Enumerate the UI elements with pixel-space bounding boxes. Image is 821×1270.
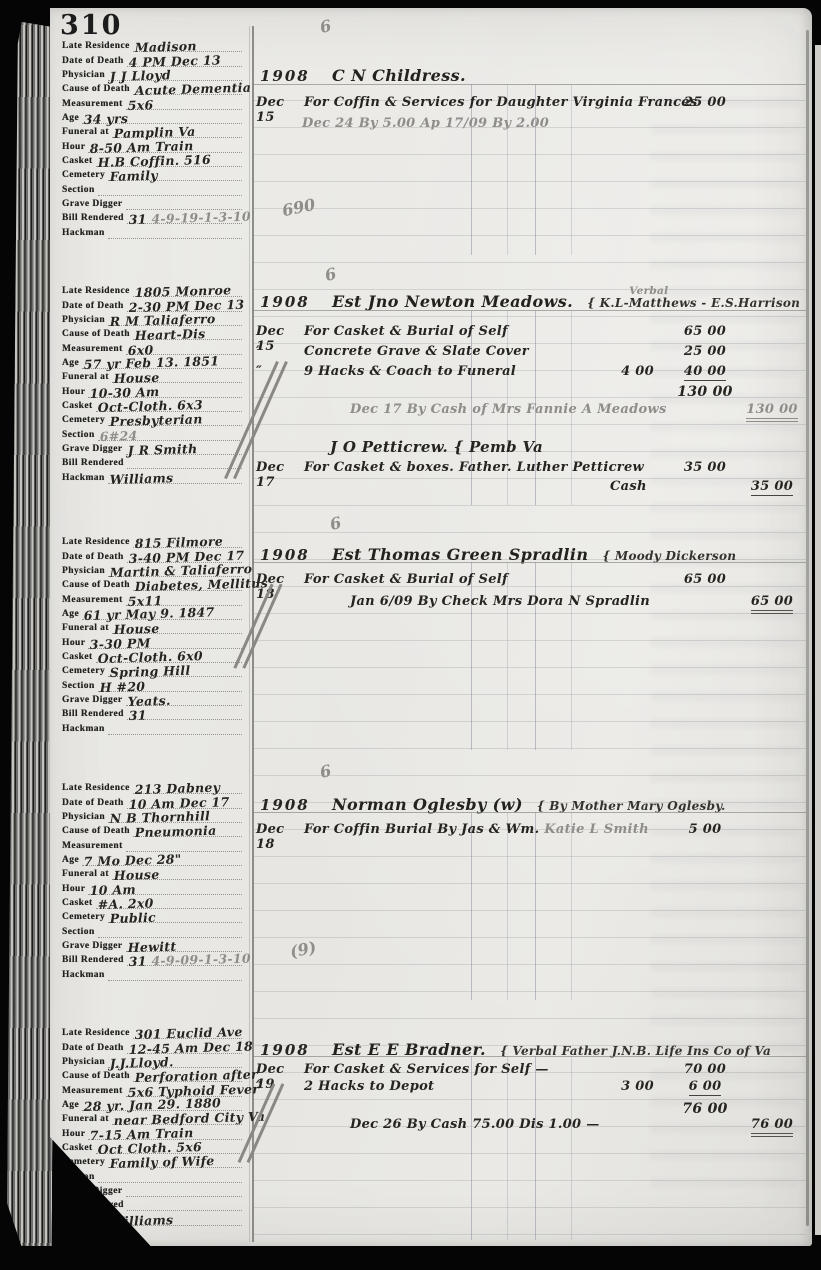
ledger-line: 130 00 <box>252 384 808 404</box>
field-row: Bill Rendered31 <box>62 706 242 720</box>
ledger-line: Dec 18For Casket & Burial of Self65 00 <box>252 572 808 592</box>
field-row: CasketOct Cloth. 5x6 <box>62 1140 242 1154</box>
field-row: Bill Rendered31 4-9-19-1-3-10 <box>62 210 242 224</box>
field-value: Williams <box>109 470 173 487</box>
ledger-header-rule <box>252 310 806 311</box>
field-dotted-line: 5x6 Typhoid Fever <box>126 1081 242 1096</box>
field-label: Cause of Death <box>62 580 130 591</box>
ledger-credit-amount: 130 00 <box>740 402 804 417</box>
field-dotted-line: Family of Wife <box>108 1153 242 1168</box>
field-row: Late Residence815 Filmore <box>62 534 242 548</box>
ledger-description: 2 Hacks to Depot <box>304 1079 434 1094</box>
field-dotted-line: 4 PM Dec 13 <box>127 51 242 66</box>
ledger-description: Dec 26 By Cash 75.00 Dis 1.00 — <box>350 1117 600 1132</box>
field-label: Physician <box>62 1057 105 1068</box>
field-row: PhysicianJ J Lloyd <box>62 67 242 81</box>
ledger-description-text: For Coffin & Services for Daughter Virgi… <box>304 95 698 110</box>
field-row: Grave DiggerYeats. <box>62 692 242 706</box>
field-row: Funeral atPamplin Va <box>62 124 242 138</box>
field-row: Age28 yr. Jan 29. 1880 <box>62 1097 242 1111</box>
field-row: CemeterySpring Hill <box>62 663 242 677</box>
field-dotted-line <box>98 180 242 195</box>
ledger-description-text: 2 Hacks to Depot <box>304 1079 434 1094</box>
field-row: Late Residence1805 Monroe <box>62 283 242 297</box>
field-label: Grave Digger <box>62 1186 123 1197</box>
field-label: Hour <box>62 884 85 895</box>
field-dotted-line: 301 Euclid Ave <box>133 1024 242 1039</box>
field-dotted-line <box>98 922 242 937</box>
field-dotted-line: 815 Filmore <box>133 533 242 548</box>
field-row: Grave Digger <box>62 1183 242 1197</box>
field-dotted-line: 10 Am <box>88 879 242 894</box>
ledger-note: { Moody Dickerson <box>602 549 736 563</box>
field-row: PhysicianN B Thornhill <box>62 809 242 823</box>
field-label: Hackman <box>62 970 105 981</box>
field-dotted-line: Spring Hill <box>108 662 242 677</box>
field-dotted-line: near Bedford City Va <box>112 1110 242 1125</box>
field-row: Age61 yr May 9. 1847 <box>62 606 242 620</box>
ledger-credit-amount: 76 00 <box>740 1117 804 1132</box>
ledger-line: Dec 15For Casket & Burial of Self65 00 <box>252 324 808 344</box>
ledger-description-text: For Casket & boxes. Father. Luther Petti… <box>304 460 644 475</box>
field-row: Section <box>62 1168 242 1182</box>
field-label: Hour <box>62 1129 85 1140</box>
field-label: Hour <box>62 387 85 398</box>
amount: 76 00 <box>682 1101 727 1117</box>
field-row: Age34 yrs <box>62 110 242 124</box>
field-label: Late Residence <box>62 41 130 52</box>
field-row: Casket#A. 2x0 <box>62 895 242 909</box>
field-row: Cause of DeathHeart-Dis <box>62 326 242 340</box>
ledger-rate: 4 00 <box>590 364 654 379</box>
field-label: Grave Digger <box>62 941 123 952</box>
field-row: CemeteryFamily of Wife <box>62 1154 242 1168</box>
field-label: Hackman <box>62 228 105 239</box>
field-label: Section <box>62 927 95 938</box>
field-row: Age57 yr Feb 13. 1851 <box>62 355 242 369</box>
field-dotted-line: 6#24 <box>98 425 242 440</box>
field-dotted-line: 2-30 PM Dec 13 <box>127 296 242 311</box>
ledger-charge-amount: 65 00 <box>676 324 734 339</box>
field-dotted-line: Public <box>108 908 242 923</box>
ledger-line: Cash35 00 <box>252 479 808 499</box>
ledger-description: Concrete Grave & Slate Cover <box>304 344 529 359</box>
field-dotted-line: House <box>112 619 242 634</box>
ledger-note-above: Verbal <box>629 285 668 297</box>
ledger-charge-amount: 6 00 <box>676 1079 734 1094</box>
ledger-year: 1908 <box>260 67 318 85</box>
ledger-name: Est Jno Newton Meadows. <box>332 292 573 311</box>
record-fields: Late ResidenceMadisonDate of Death4 PM D… <box>62 38 242 239</box>
field-row: Section <box>62 181 242 195</box>
field-dotted-line: 31 <box>127 705 242 720</box>
field-row: Bill Rendered <box>62 455 242 469</box>
field-dotted-line: House <box>112 865 242 880</box>
field-row: Grave DiggerHewitt <box>62 938 242 952</box>
ledger-description: Dec 24 By 5.00 Ap 17/09 By 2.00 <box>302 116 549 131</box>
field-dotted-line: Martin & Taliaferro <box>108 562 242 577</box>
amount: 25 00 <box>684 95 726 110</box>
ledger-line: ″Concrete Grave & Slate Cover25 00 <box>252 344 808 364</box>
field-label: Bill Rendered <box>62 1200 124 1211</box>
field-label: Cause of Death <box>62 1071 130 1082</box>
ledger-rate: 3 00 <box>590 1079 654 1094</box>
field-label: Late Residence <box>62 286 130 297</box>
field-dotted-line: 7-15 Am Train <box>88 1124 242 1139</box>
ledger-charge-amount: 76 00 <box>676 1101 734 1117</box>
field-label: Hackman <box>62 1215 105 1226</box>
ledger-credit-amount: 65 00 <box>740 594 804 609</box>
ledger-charge-amount: 35 00 <box>676 460 734 475</box>
ledger-header-rule <box>252 812 806 813</box>
field-label: Late Residence <box>62 783 130 794</box>
field-label: Hackman <box>62 724 105 735</box>
field-row: HackmanWilliams <box>62 469 242 483</box>
field-row: Bill Rendered31 4-9-09-1-3-10 <box>62 952 242 966</box>
field-row: CemeteryPublic <box>62 909 242 923</box>
field-dotted-line: J.J.Lloyd. <box>108 1053 242 1068</box>
ledger-line: Dec 18For Coffin Burial By Jas & Wm. Kat… <box>252 822 808 842</box>
field-row: Cause of DeathPneumonia <box>62 823 242 837</box>
field-row: Date of Death4 PM Dec 13 <box>62 52 242 66</box>
field-dotted-line: H #20 <box>98 676 242 691</box>
field-row: Funeral atHouse <box>62 369 242 383</box>
field-row: Date of Death2-30 PM Dec 13 <box>62 297 242 311</box>
field-row: Late ResidenceMadison <box>62 38 242 52</box>
field-row: Funeral atHouse <box>62 620 242 634</box>
ledger-line: Dec 26 By Cash 75.00 Dis 1.00 —76 00 <box>252 1117 808 1137</box>
field-dotted-line: 213 Dabney <box>133 779 242 794</box>
field-dotted-line: 5x11 <box>126 590 242 605</box>
field-row: Bill Rendered <box>62 1197 242 1211</box>
field-dotted-line <box>126 836 242 851</box>
field-label: Section <box>62 430 95 441</box>
field-label: Hour <box>62 638 85 649</box>
field-dotted-line <box>108 965 242 980</box>
field-dotted-line <box>126 195 242 210</box>
field-row: Date of Death3-40 PM Dec 17 <box>62 548 242 562</box>
field-row: Hour3-30 PM <box>62 634 242 648</box>
field-dotted-line: Oct-Cloth. 6x3 <box>96 397 242 412</box>
field-dotted-line: Pamplin Va <box>112 123 242 138</box>
ledger-description-text: Dec 24 By 5.00 Ap 17/09 By 2.00 <box>302 116 549 131</box>
field-dotted-line: Pneumonia <box>133 822 242 837</box>
field-row: PhysicianMartin & Taliaferro <box>62 563 242 577</box>
field-dotted-line: R M Taliaferro <box>108 311 242 326</box>
field-label: Age <box>62 855 79 866</box>
ledger-header-rule <box>252 562 806 563</box>
ledger-description-text: 9 Hacks & Coach to Funeral <box>304 364 516 379</box>
field-label: Section <box>62 1172 95 1183</box>
field-dotted-line: 7 Mo Dec 28" <box>82 851 242 866</box>
field-label: Casket <box>62 898 93 909</box>
ledger-note: { By Mother Mary Oglesby. <box>537 799 726 813</box>
field-dotted-line: Heart-Dis <box>133 325 242 340</box>
field-dotted-line: 3-40 PM Dec 17 <box>127 547 242 562</box>
field-dotted-line: H.B Coffin. 516 <box>96 152 242 167</box>
field-dotted-line: 28 yr. Jan 29. 1880 <box>82 1096 242 1111</box>
field-label: Late Residence <box>62 537 130 548</box>
field-dotted-line: 6x0 <box>126 339 242 354</box>
field-label: Late Residence <box>62 1028 130 1039</box>
ledger-charge-amount: 65 00 <box>676 572 734 587</box>
field-label: Physician <box>62 315 105 326</box>
field-dotted-line <box>126 1182 242 1197</box>
field-label: Grave Digger <box>62 199 123 210</box>
field-row: Section <box>62 923 242 937</box>
field-dotted-line: House <box>112 368 242 383</box>
field-label: Age <box>62 1100 79 1111</box>
amount: 65 00 <box>684 324 726 339</box>
field-dotted-line: Williams <box>108 468 242 483</box>
field-row: Cause of DeathAcute Dementia <box>62 81 242 95</box>
field-dotted-line: 5x6 <box>126 94 242 109</box>
ledger-description-text: Cash <box>610 479 647 494</box>
ledger-line: ″2 Hacks to Depot3 006 00 <box>252 1079 808 1099</box>
field-label: Casket <box>62 652 93 663</box>
ledger-line: Dec 17 By Cash of Mrs Fannie A Meadows13… <box>252 402 808 422</box>
field-label: Cause of Death <box>62 329 130 340</box>
field-row: Cause of DeathPerforation after <box>62 1068 242 1082</box>
field-dotted-line: 10-30 Am <box>88 382 242 397</box>
field-row: Late Residence301 Euclid Ave <box>62 1025 242 1039</box>
ledger-charge-amount: 25 00 <box>676 344 734 359</box>
field-row: Measurement5x6 <box>62 95 242 109</box>
ledger-description: Cash <box>610 479 647 494</box>
field-label: Age <box>62 358 79 369</box>
ledger-line: Dec 15For Coffin & Services for Daughter… <box>252 95 808 115</box>
field-row: CemeteryFamily <box>62 167 242 181</box>
ledger-description: Dec 17 By Cash of Mrs Fannie A Meadows <box>350 402 667 417</box>
field-dotted-line: 61 yr May 9. 1847 <box>82 605 242 620</box>
field-dotted-line: 3-30 PM <box>88 633 242 648</box>
field-label: Physician <box>62 812 105 823</box>
field-row: Date of Death12-45 Am Dec 18 <box>62 1039 242 1053</box>
ledger-description-text: For Coffin Burial By Jas & Wm. <box>304 822 539 837</box>
ledger-charge-amount: 40 00 <box>676 364 734 379</box>
field-label: Cause of Death <box>62 84 130 95</box>
field-dotted-line: #A. 2x0 <box>96 894 242 909</box>
field-dotted-line: Perforation after <box>133 1067 242 1082</box>
ledger-date: ″ <box>256 344 304 359</box>
ledger-description-text: Dec 26 By Cash 75.00 Dis 1.00 — <box>350 1117 600 1132</box>
field-row: CasketH.B Coffin. 516 <box>62 153 242 167</box>
field-row: CasketOct-Cloth. 6x3 <box>62 398 242 412</box>
ledger-description-text: For Casket & Burial of Self <box>304 324 508 339</box>
amount: 35 00 <box>684 460 726 475</box>
field-dotted-line: Diabetes, Mellitus <box>133 576 242 591</box>
ledger-note: { K.L-Matthews - E.S.HarrisonVerbal <box>587 296 800 310</box>
field-row: SectionH #20 <box>62 677 242 691</box>
ledger-line: Jan 6/09 By Check Mrs Dora N Spradlin65 … <box>252 594 808 614</box>
field-dotted-line: N B Thornhill <box>108 808 242 823</box>
next-page-sliver <box>815 45 821 1235</box>
amount: 6 00 <box>689 1079 722 1096</box>
field-value: Williams <box>109 1212 173 1229</box>
field-label: Hour <box>62 142 85 153</box>
field-row: Hour8-50 Am Train <box>62 138 242 152</box>
ledger-charge-amount: 70 00 <box>676 1062 734 1077</box>
ledger-charge-amount: 25 00 <box>676 95 734 110</box>
amount: 130 00 <box>677 384 732 400</box>
field-label: Cause of Death <box>62 826 130 837</box>
ledger-line: ″9 Hacks & Coach to Funeral4 0040 00 <box>252 364 808 384</box>
ledger-description-text: For Casket & Services for Self — <box>304 1062 549 1077</box>
field-row: Hour10 Am <box>62 880 242 894</box>
field-row: Hackman <box>62 966 242 980</box>
field-row: PhysicianR M Taliaferro <box>62 312 242 326</box>
ledger-description-pencil: Katie L Smith <box>539 822 648 837</box>
record-fields: Late Residence213 DabneyDate of Death10 … <box>62 780 242 981</box>
field-dotted-line: Yeats. <box>126 691 242 706</box>
ledger-header: 1908C N Childress. <box>260 66 808 85</box>
record-fields: Late Residence301 Euclid AveDate of Deat… <box>62 1025 242 1226</box>
field-dotted-line: 8-50 Am Train <box>88 137 242 152</box>
ledger-description: For Coffin Burial By Jas & Wm. Katie L S… <box>304 822 649 837</box>
ledger-name: C N Childress. <box>332 66 466 85</box>
field-row: Hour7-15 Am Train <box>62 1125 242 1139</box>
field-dotted-line: Madison <box>133 37 242 52</box>
field-row: Date of Death10 Am Dec 17 <box>62 794 242 808</box>
field-dotted-line: Williams <box>108 1210 242 1225</box>
field-label: Grave Digger <box>62 695 123 706</box>
amount: 76 00 <box>751 1117 793 1137</box>
field-label: Physician <box>62 566 105 577</box>
ledger-description: 9 Hacks & Coach to Funeral <box>304 364 516 379</box>
pencil-tick: 6 <box>318 16 333 37</box>
ledger-description-text: Concrete Grave & Slate Cover <box>304 344 529 359</box>
ledger-line: Dec 17For Casket & boxes. Father. Luther… <box>252 460 808 480</box>
field-label: Section <box>62 185 95 196</box>
field-dotted-line: Oct Cloth. 5x6 <box>96 1139 242 1154</box>
field-dotted-line: Presbyterian <box>108 411 242 426</box>
amount: 65 00 <box>751 594 793 614</box>
field-dotted-line: 31 4-9-19-1-3-10 <box>127 209 242 224</box>
ledger-line: J O Petticrew. { Pemb Va <box>252 438 808 458</box>
field-row: HackmanWilliams <box>62 1211 242 1225</box>
ledger-description: For Coffin & Services for Daughter Virgi… <box>304 95 698 110</box>
ledger-description-text: Dec 17 By Cash of Mrs Fannie A Meadows <box>350 402 667 417</box>
field-label: Physician <box>62 70 105 81</box>
field-dotted-line: 57 yr Feb 13. 1851 <box>82 354 242 369</box>
field-label: Casket <box>62 1143 93 1154</box>
ledger-scan: { "page": { "number": "310" }, "field_la… <box>0 0 821 1270</box>
ledger-description-text: Jan 6/09 By Check Mrs Dora N Spradlin <box>350 594 650 609</box>
amount: 40 00 <box>684 364 726 381</box>
page-number: 310 <box>60 10 122 41</box>
ledger-line: Dec 24 By 5.00 Ap 17/09 By 2.00 <box>252 116 808 136</box>
ledger-description: Jan 6/09 By Check Mrs Dora N Spradlin <box>350 594 650 609</box>
field-row: Section6#24 <box>62 426 242 440</box>
field-row: Hackman <box>62 224 242 238</box>
ledger-description: For Casket & boxes. Father. Luther Petti… <box>304 460 644 475</box>
ledger-subheader: J O Petticrew. { Pemb Va <box>330 438 543 456</box>
field-row: Hackman <box>62 720 242 734</box>
field-row: Late Residence213 Dabney <box>62 780 242 794</box>
field-row: Age7 Mo Dec 28" <box>62 852 242 866</box>
record-fields: Late Residence815 FilmoreDate of Death3-… <box>62 534 242 735</box>
field-dotted-line: 34 yrs <box>82 109 242 124</box>
field-label: Age <box>62 113 79 124</box>
field-row: Grave DiggerJ R Smith <box>62 441 242 455</box>
ledger-description: For Casket & Burial of Self <box>304 572 508 587</box>
field-row: CemeteryPresbyterian <box>62 412 242 426</box>
field-dotted-line <box>108 719 242 734</box>
ledger-description: For Casket & Burial of Self <box>304 324 508 339</box>
field-dotted-line: J J Lloyd <box>108 66 242 81</box>
field-dotted-line: Family <box>108 166 242 181</box>
ledger-charge-amount: 130 00 <box>676 384 734 400</box>
field-dotted-line <box>98 1167 242 1182</box>
field-row: PhysicianJ.J.Lloyd. <box>62 1054 242 1068</box>
amount: 70 00 <box>684 1062 726 1077</box>
document-page: 310 Late ResidenceMadisonDate of Death4 … <box>50 8 812 1246</box>
field-label: Grave Digger <box>62 444 123 455</box>
field-row: Cause of DeathDiabetes, Mellitus <box>62 577 242 591</box>
field-row: Hour10-30 Am <box>62 383 242 397</box>
field-dotted-line: 1805 Monroe <box>133 282 242 297</box>
ledger-year: 1908 <box>260 293 318 311</box>
field-dotted-line <box>127 1196 242 1211</box>
amount: 25 00 <box>684 344 726 359</box>
ledger-description-text: For Casket & Burial of Self <box>304 572 508 587</box>
field-row: Funeral atHouse <box>62 866 242 880</box>
ledger-charge-amount: 5 00 <box>676 822 734 837</box>
field-row: Funeral atnear Bedford City Va <box>62 1111 242 1125</box>
field-dotted-line: J R Smith <box>126 440 242 455</box>
ledger-header-rule <box>252 1056 806 1057</box>
field-row: Grave Digger <box>62 196 242 210</box>
field-row: Measurement <box>62 837 242 851</box>
field-label: Casket <box>62 401 93 412</box>
amount: 130 00 <box>746 402 798 422</box>
field-dotted-line: 31 4-9-09-1-3-10 <box>127 951 242 966</box>
ledger-credit-amount: 35 00 <box>740 479 804 494</box>
ledger-description: For Casket & Services for Self — <box>304 1062 549 1077</box>
ledger-date: Dec 18 <box>256 822 304 852</box>
field-row: Measurement5x11 <box>62 591 242 605</box>
field-dotted-line: Oct-Cloth. 6x0 <box>96 648 242 663</box>
field-dotted-line: Hewitt <box>126 937 242 952</box>
amount: 5 00 <box>689 822 722 837</box>
field-dotted-line: 10 Am Dec 17 <box>127 793 242 808</box>
field-dotted-line: Acute Dementia <box>133 80 242 95</box>
ledger-header-rule <box>252 84 806 85</box>
field-label: Hackman <box>62 473 105 484</box>
field-row: CasketOct-Cloth. 6x0 <box>62 649 242 663</box>
record-fields: Late Residence1805 MonroeDate of Death2-… <box>62 283 242 484</box>
field-dotted-line <box>108 223 242 238</box>
ledger-header: 1908Est Jno Newton Meadows.{ K.L-Matthew… <box>260 292 808 311</box>
amount: 65 00 <box>684 572 726 587</box>
field-label: Section <box>62 681 95 692</box>
amount: 35 00 <box>751 479 793 496</box>
field-label: Casket <box>62 156 93 167</box>
field-label: Age <box>62 609 79 620</box>
field-dotted-line <box>127 454 242 469</box>
field-dotted-line: 12-45 Am Dec 18 <box>127 1038 242 1053</box>
